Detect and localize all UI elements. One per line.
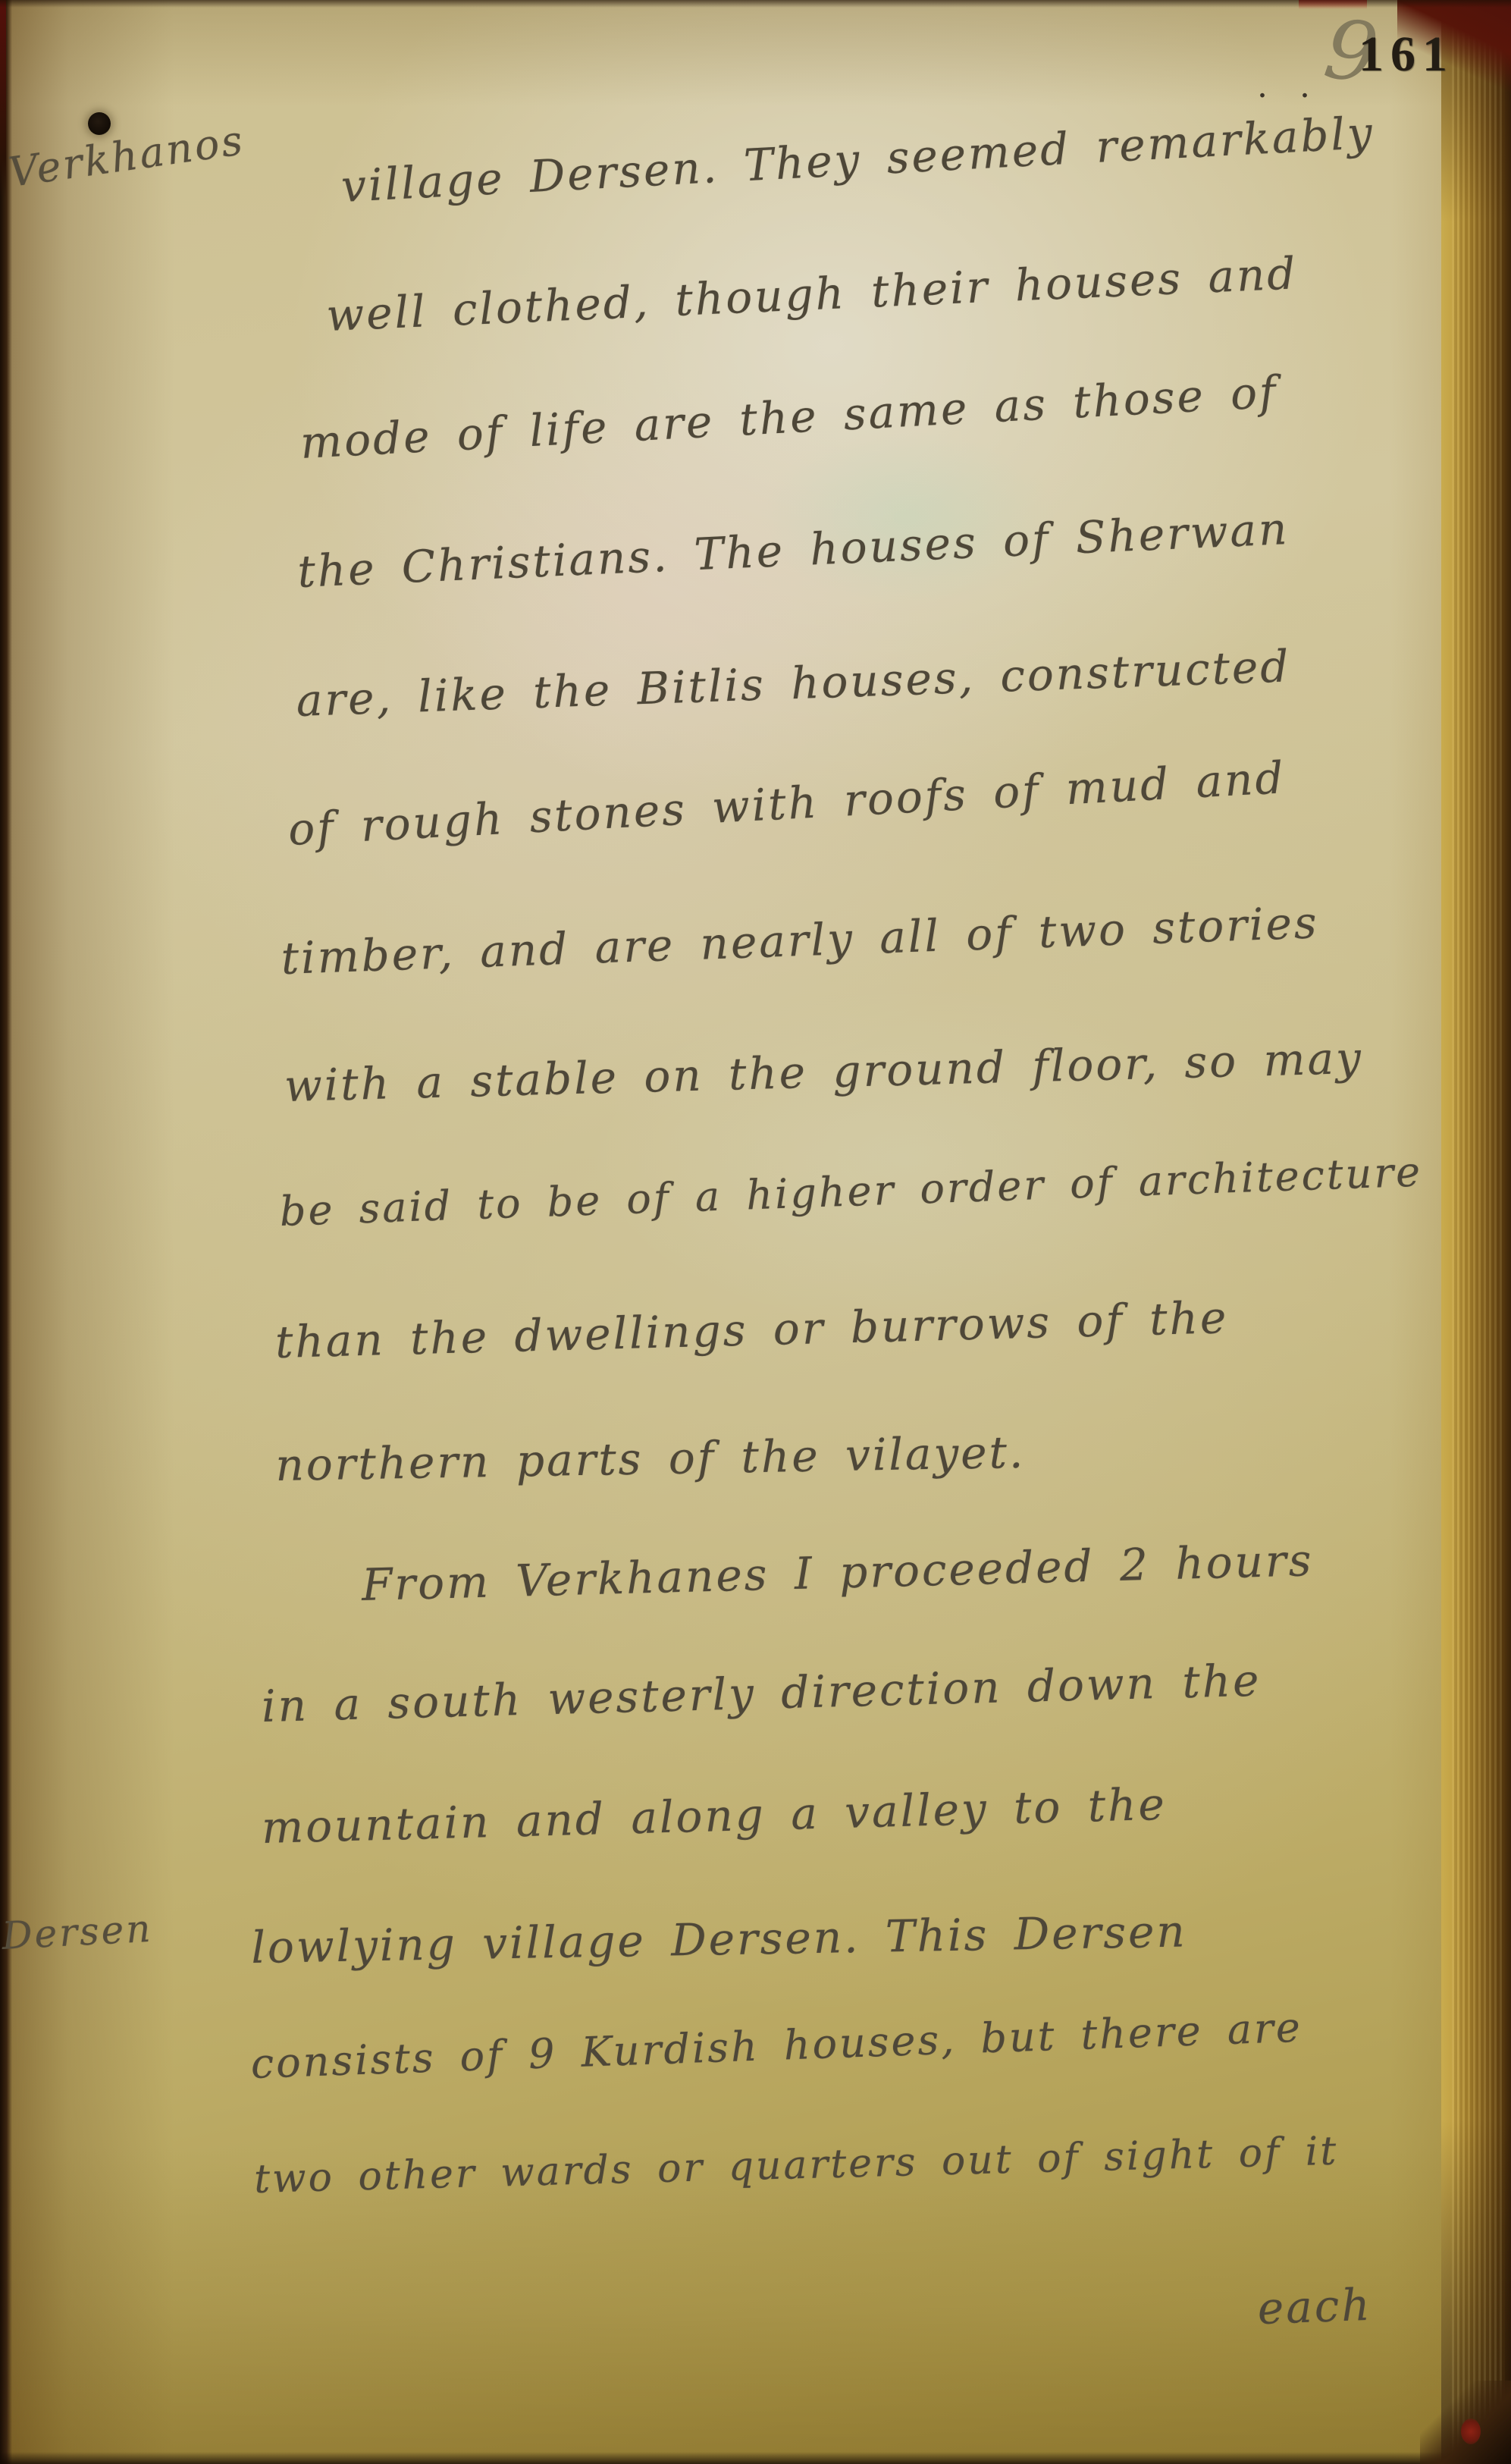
manuscript-line: well clothed, though their houses and: [325, 247, 1299, 341]
top-page-edge: [0, 0, 1511, 8]
page-number: 161: [1359, 26, 1454, 83]
book-binding-top-corner: [0, 0, 6, 197]
manuscript-line: timber, and are nearly all of two storie…: [281, 896, 1320, 984]
manuscript-line: village Dersen. They seemed remarkably: [340, 107, 1375, 212]
bottom-right-red-mark: [1461, 2418, 1481, 2444]
manuscript-line: two other wards or quarters out of sight…: [253, 2129, 1339, 2202]
manuscript-line: lowlying village Dersen. This Dersen: [251, 1905, 1187, 1973]
hole-punch-mark: [88, 112, 111, 135]
manuscript-line: are, like the Bitlis houses, constructed: [296, 640, 1292, 727]
manuscript-line: in a south westerly direction down the: [261, 1655, 1262, 1732]
manuscript-page: . . 9 161 Verkhanos Dersen village Derse…: [0, 0, 1511, 2464]
manuscript-line: consists of 9 Kurdish houses, but there …: [250, 2004, 1303, 2088]
manuscript-line: the Christians. The houses of Sherwan: [296, 503, 1290, 598]
manuscript-line: each: [1257, 2279, 1373, 2334]
margin-note-dersen: Dersen: [1, 1907, 154, 1958]
page-stack-edge-lines: [1452, 0, 1505, 2464]
manuscript-line: than the dwellings or burrows of the: [274, 1292, 1229, 1368]
margin-note-verkhanos: Verkhanos: [5, 116, 247, 196]
manuscript-line: of rough stones with roofs of mud and: [287, 752, 1287, 855]
paper-vignette: [0, 0, 1511, 2464]
bottom-page-edge: [0, 2452, 1511, 2464]
manuscript-line: From Verkhanes I proceeded 2 hours: [361, 1534, 1314, 1611]
manuscript-line: with a stable on the ground floor, so ma…: [284, 1032, 1363, 1112]
book-binding-edge: [0, 0, 12, 2464]
manuscript-line: be said to be of a higher order of archi…: [279, 1147, 1423, 1235]
page-number-dots: . .: [1257, 67, 1321, 105]
manuscript-line: mode of life are the same as those of: [299, 366, 1279, 469]
manuscript-line: mountain and along a valley to the: [261, 1778, 1167, 1853]
paper-tint-texture: [0, 0, 1511, 2464]
manuscript-line: northern parts of the vilayet.: [275, 1427, 1026, 1491]
